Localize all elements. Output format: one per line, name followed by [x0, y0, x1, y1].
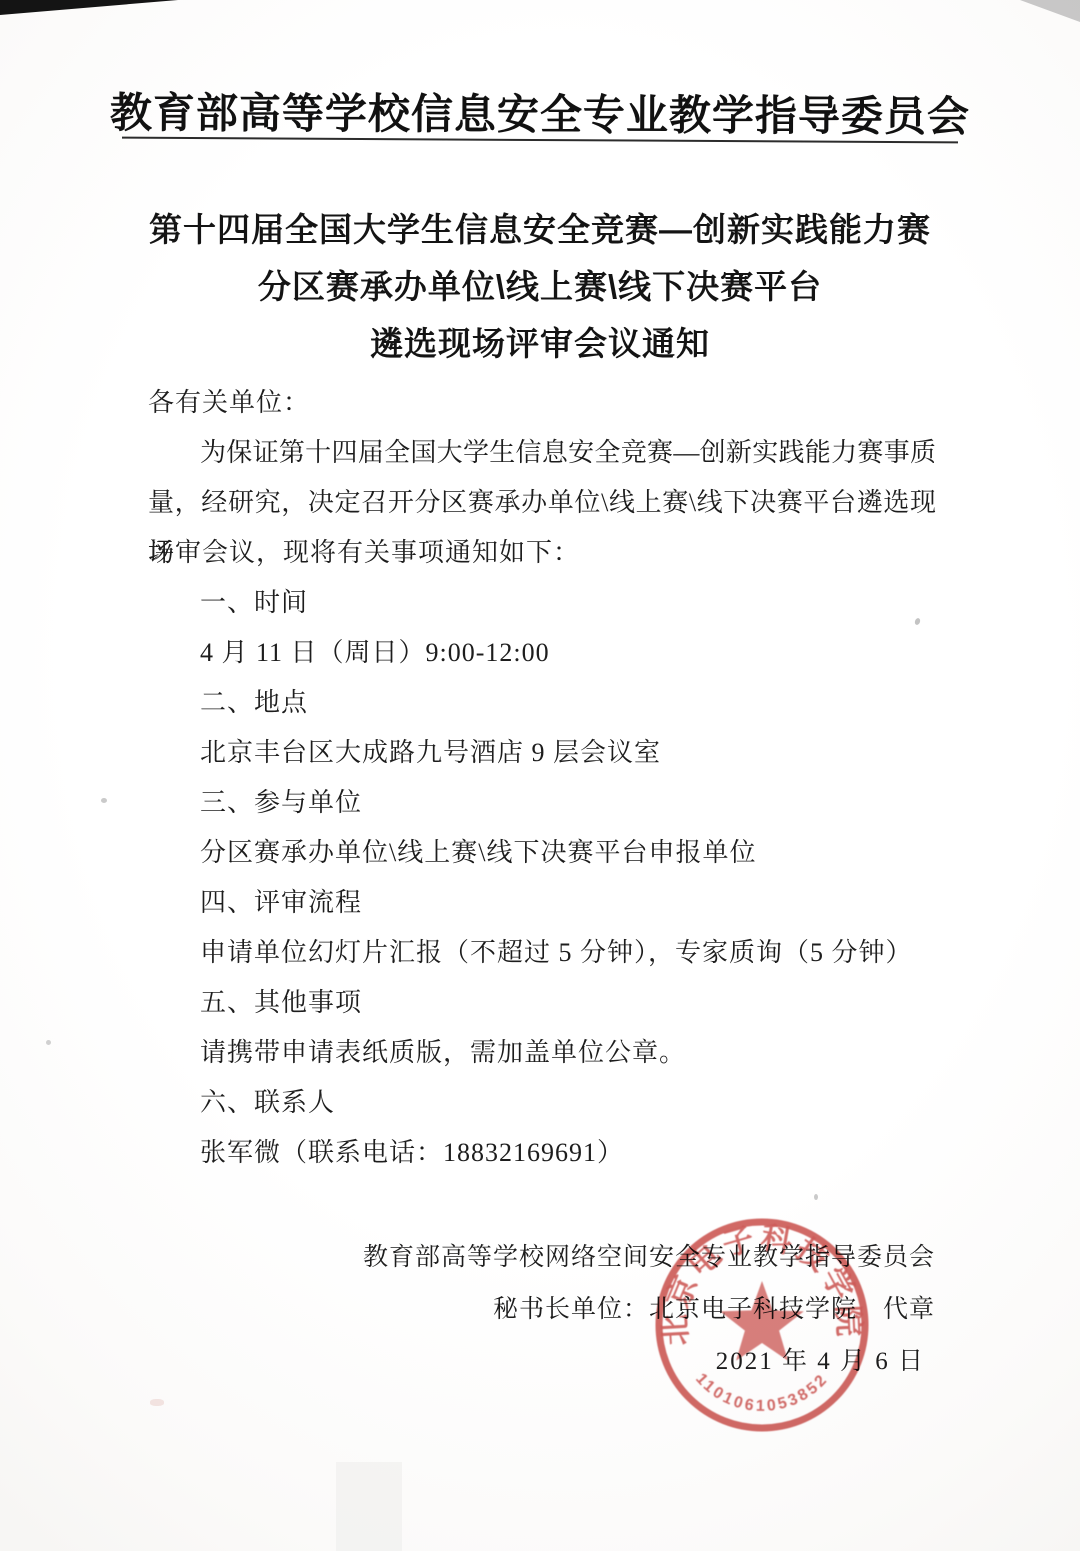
section-5-heading: 五、其他事项: [200, 978, 936, 1028]
scan-artifact-top-left: [0, 0, 178, 15]
scan-speck: [46, 1040, 51, 1045]
salutation: 各有关单位：: [148, 378, 936, 428]
section-5-content: 请携带申请表纸质版，需加盖单位公章。: [200, 1028, 936, 1078]
scan-speck: [101, 798, 107, 803]
svg-text:1101061053852: 1101061053852: [692, 1370, 830, 1414]
notice-title: 第十四届全国大学生信息安全竞赛—创新实践能力赛 分区赛承办单位\线上赛\线下决赛…: [0, 201, 1080, 372]
notice-title-line-1: 第十四届全国大学生信息安全竞赛—创新实践能力赛: [0, 201, 1080, 258]
section-1-content: 4 月 11 日（周日）9:00-12:00: [200, 628, 936, 678]
intro-line-3: 评审会议，现将有关事项通知如下：: [148, 528, 936, 578]
section-4-content: 申请单位幻灯片汇报（不超过 5 分钟），专家质询（5 分钟）: [200, 928, 936, 978]
scan-speck: [814, 1194, 818, 1200]
official-seal: 北京电子科技学院 1101061053852: [650, 1213, 874, 1437]
intro-line-2: 量，经研究，决定召开分区赛承办单位\线上赛\线下决赛平台遴选现场: [148, 478, 936, 528]
scan-smudge: [336, 1462, 402, 1551]
notice-title-line-2: 分区赛承办单位\线上赛\线下决赛平台: [0, 258, 1080, 315]
intro-line-1: 为保证第十四届全国大学生信息安全竞赛—创新实践能力赛事质: [148, 428, 936, 478]
section-2-content: 北京丰台区大成路九号酒店 9 层会议室: [200, 728, 936, 778]
scan-artifact-top-right: [1020, 0, 1080, 22]
seal-serial-number: 1101061053852: [692, 1370, 830, 1414]
section-3-content: 分区赛承办单位\线上赛\线下决赛平台申报单位: [200, 828, 936, 878]
section-2-heading: 二、地点: [200, 678, 936, 728]
notice-body: 各有关单位： 为保证第十四届全国大学生信息安全竞赛—创新实践能力赛事质 量，经研…: [148, 378, 936, 1178]
notice-title-line-3: 遴选现场评审会议通知: [0, 315, 1080, 372]
letterhead-committee-name: 教育部高等学校信息安全专业教学指导委员会: [0, 80, 1080, 145]
section-6-heading: 六、联系人: [200, 1078, 936, 1128]
section-1-heading: 一、时间: [200, 578, 936, 628]
scanned-notice-page: 教育部高等学校信息安全专业教学指导委员会 第十四届全国大学生信息安全竞赛—创新实…: [0, 0, 1080, 1551]
section-6-content: 张军微（联系电话：18832169691）: [200, 1128, 936, 1178]
section-4-heading: 四、评审流程: [200, 878, 936, 928]
section-3-heading: 三、参与单位: [200, 778, 936, 828]
seal-star-icon: [720, 1281, 804, 1361]
scan-speck: [150, 1399, 164, 1406]
